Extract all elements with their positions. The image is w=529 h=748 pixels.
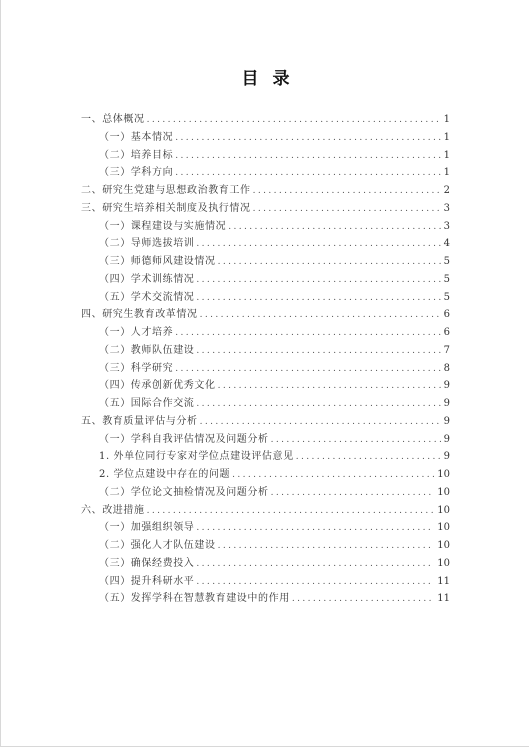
toc-page-number: 10 (437, 519, 450, 537)
toc-entry-label: 四、研究生教育改革情况 (81, 306, 198, 324)
toc-entry-label: 三、研究生培养相关制度及执行情况 (81, 200, 251, 218)
toc-page-number: 10 (437, 484, 450, 502)
toc-entry-label: 五、教育质量评估与分析 (81, 413, 198, 431)
toc-entry-label: （五）发挥学科在智慧教育建设中的作用 (99, 590, 290, 608)
dot-leader (175, 148, 440, 166)
toc-page-number: 1 (444, 164, 450, 182)
document-page: 目录 一、总体概况 1 （一）基本情况 1 （二）培养目标 1 （三）学科方向 … (0, 0, 529, 747)
toc-entry[interactable]: （二）导师选拔培训 4 (81, 235, 450, 253)
dot-leader (196, 343, 440, 361)
toc-page-number: 9 (444, 377, 450, 395)
toc-entry-label: （一）加强组织领导 (99, 519, 194, 537)
toc-entry[interactable]: （一）课程建设与实施情况 3 (81, 218, 450, 236)
toc-page-number: 1 (444, 129, 450, 147)
dot-leader (175, 361, 440, 379)
toc-entry-label: （四）传承创新优秀文化 (99, 377, 216, 395)
toc-entry-label: （二）培养目标 (99, 147, 173, 165)
dot-leader (232, 467, 434, 485)
toc-entry[interactable]: （三）确保经费投入 10 (81, 555, 450, 573)
toc-entry-label: （一）人才培养 (99, 324, 173, 342)
toc-entry-label: 六、改进措施 (81, 502, 145, 520)
toc-page-number: 10 (437, 537, 450, 555)
toc-page-number: 2 (444, 182, 450, 200)
toc-entry-label: （五）学术交流情况 (99, 289, 194, 307)
toc-page-number: 11 (437, 573, 450, 591)
toc-entry[interactable]: （三）师德师风建设情况 5 (81, 253, 450, 271)
dot-leader (253, 201, 441, 219)
toc-entry-label: 1. 外单位同行专家对学位点建设评估意见 (99, 448, 294, 466)
toc-entry[interactable]: （二）教师队伍建设 7 (81, 342, 450, 360)
toc-page-number: 9 (444, 431, 450, 449)
toc-entry[interactable]: （一）人才培养 6 (81, 324, 450, 342)
toc-entry[interactable]: 一、总体概况 1 (81, 111, 450, 129)
toc-entry-label: （一）基本情况 (99, 129, 173, 147)
toc-page-number: 9 (444, 448, 450, 466)
dot-leader (196, 236, 440, 254)
dot-leader (147, 112, 441, 130)
toc-entry[interactable]: （五）发挥学科在智慧教育建设中的作用 11 (81, 590, 450, 608)
toc-entry-label: （一）课程建设与实施情况 (99, 218, 226, 236)
toc-entry-label: 一、总体概况 (81, 111, 145, 129)
toc-entry-label: （一）学科自我评估情况及问题分析 (99, 431, 269, 449)
toc-page-number: 10 (437, 555, 450, 573)
toc-entry[interactable]: 1. 外单位同行专家对学位点建设评估意见 9 (81, 448, 450, 466)
dot-leader (253, 183, 441, 201)
toc-entry-label: （二）学位论文抽检情况及问题分析 (99, 484, 269, 502)
toc-page-number: 9 (444, 395, 450, 413)
toc-entry[interactable]: （一）基本情况 1 (81, 129, 450, 147)
dot-leader (271, 485, 435, 503)
dot-leader (175, 130, 440, 148)
toc-entry[interactable]: 二、研究生党建与思想政治教育工作 2 (81, 182, 450, 200)
table-of-contents: 一、总体概况 1 （一）基本情况 1 （二）培养目标 1 （三）学科方向 1 二… (81, 111, 450, 608)
toc-entry[interactable]: （一）学科自我评估情况及问题分析 9 (81, 431, 450, 449)
toc-entry[interactable]: （三）科学研究 8 (81, 360, 450, 378)
toc-entry[interactable]: （五）学术交流情况 5 (81, 289, 450, 307)
toc-entry-label: 二、研究生党建与思想政治教育工作 (81, 182, 251, 200)
dot-leader (175, 325, 440, 343)
toc-entry[interactable]: （二）培养目标 1 (81, 147, 450, 165)
toc-page-number: 4 (444, 235, 450, 253)
toc-entry[interactable]: 2. 学位点建设中存在的问题 10 (81, 466, 450, 484)
toc-page-number: 7 (444, 342, 450, 360)
dot-leader (271, 432, 441, 450)
dot-leader (196, 272, 440, 290)
toc-page-number: 3 (444, 218, 450, 236)
dot-leader (196, 396, 440, 414)
dot-leader (200, 414, 441, 432)
toc-entry-label: （五）国际合作交流 (99, 395, 194, 413)
toc-entry[interactable]: （四）传承创新优秀文化 9 (81, 377, 450, 395)
toc-page-number: 8 (444, 360, 450, 378)
dot-leader (296, 449, 441, 467)
toc-entry[interactable]: （五）国际合作交流 9 (81, 395, 450, 413)
toc-page-number: 10 (437, 466, 450, 484)
toc-entry-label: （三）科学研究 (99, 360, 173, 378)
dot-leader (218, 254, 441, 272)
dot-leader (175, 165, 440, 183)
toc-page-number: 5 (444, 253, 450, 271)
dot-leader (147, 503, 435, 521)
toc-entry-label: （二）导师选拔培训 (99, 235, 194, 253)
dot-leader (200, 307, 441, 325)
toc-page-number: 5 (444, 271, 450, 289)
toc-entry-label: （四）学术训练情况 (99, 271, 194, 289)
dot-leader (196, 556, 434, 574)
dot-leader (196, 520, 434, 538)
toc-page-number: 3 (444, 200, 450, 218)
dot-leader (292, 591, 434, 609)
toc-entry-label: 2. 学位点建设中存在的问题 (99, 466, 230, 484)
toc-entry[interactable]: （四）学术训练情况 5 (81, 271, 450, 289)
toc-entry[interactable]: （四）提升科研水平 11 (81, 573, 450, 591)
toc-entry[interactable]: 五、教育质量评估与分析 9 (81, 413, 450, 431)
toc-entry-label: （二）强化人才队伍建设 (99, 537, 216, 555)
toc-page-number: 11 (437, 590, 450, 608)
toc-entry[interactable]: （一）加强组织领导 10 (81, 519, 450, 537)
toc-entry[interactable]: 四、研究生教育改革情况 6 (81, 306, 450, 324)
toc-entry-label: （三）师德师风建设情况 (99, 253, 216, 271)
dot-leader (228, 219, 440, 237)
toc-entry-label: （二）教师队伍建设 (99, 342, 194, 360)
toc-entry[interactable]: 三、研究生培养相关制度及执行情况 3 (81, 200, 450, 218)
toc-page-number: 1 (444, 147, 450, 165)
dot-leader (218, 378, 441, 396)
toc-entry[interactable]: （三）学科方向 1 (81, 164, 450, 182)
toc-entry-label: （三）学科方向 (99, 164, 173, 182)
toc-entry[interactable]: （二）强化人才队伍建设 10 (81, 537, 450, 555)
page-title: 目录 (1, 64, 529, 89)
dot-leader (218, 538, 435, 556)
toc-entry-label: （三）确保经费投入 (99, 555, 194, 573)
toc-entry[interactable]: 六、改进措施 10 (81, 502, 450, 520)
dot-leader (196, 574, 434, 592)
toc-page-number: 1 (444, 111, 450, 129)
toc-entry-label: （四）提升科研水平 (99, 573, 194, 591)
toc-entry[interactable]: （二）学位论文抽检情况及问题分析 10 (81, 484, 450, 502)
toc-page-number: 6 (444, 306, 450, 324)
toc-page-number: 6 (444, 324, 450, 342)
dot-leader (196, 290, 440, 308)
toc-page-number: 9 (444, 413, 450, 431)
toc-page-number: 10 (437, 502, 450, 520)
toc-page-number: 5 (444, 289, 450, 307)
